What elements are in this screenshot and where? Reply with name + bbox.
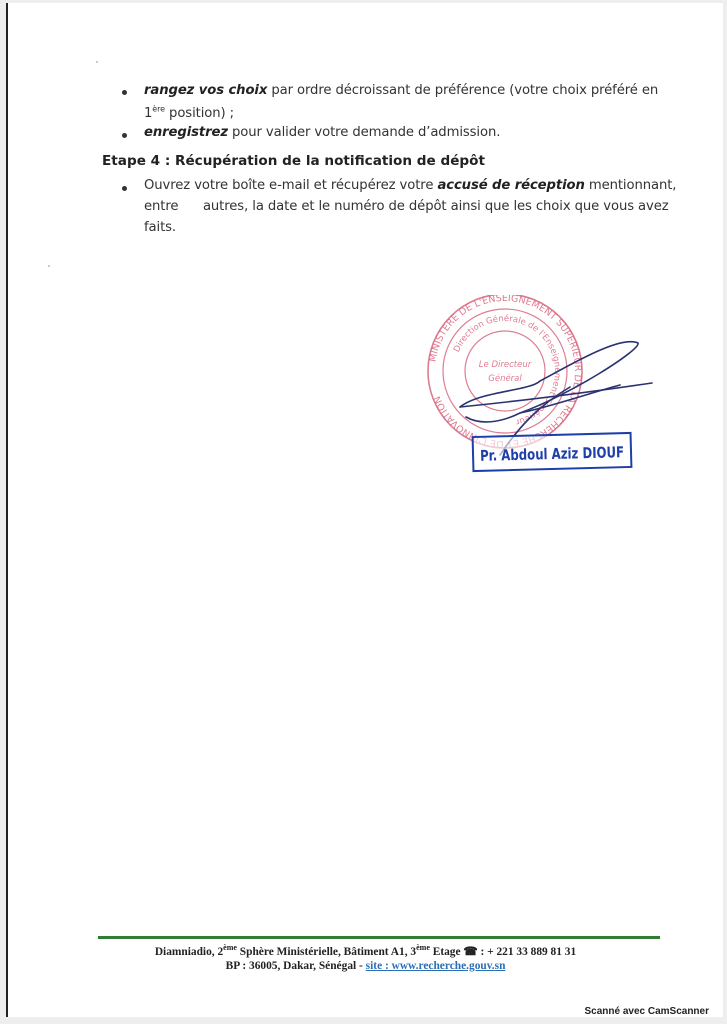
bullet-icon — [122, 90, 127, 95]
scan-speck — [48, 265, 50, 267]
camscanner-watermark: Scanné avec CamScanner — [584, 1006, 709, 1017]
website-link[interactable]: site : www.recherche.gouv.sn — [366, 960, 506, 972]
official-stamp: MINISTERE DE L'ENSEIGNEMENT SUPERIEUR DE… — [420, 295, 670, 495]
svg-text:Général: Général — [488, 373, 522, 384]
footer-address-line1: Diamniadio, 2ème Sphère Ministérielle, B… — [8, 944, 723, 958]
emphasis-text: enregistrez — [144, 125, 228, 140]
scan-speck — [96, 61, 98, 63]
footer-address-line2: BP : 36005, Dakar, Sénégal - site : www.… — [8, 960, 723, 972]
footer-divider — [98, 936, 660, 939]
list-item-line2: entre autres, la date et le numéro de dé… — [144, 199, 669, 214]
section-heading-step4: Etape 4 : Récupération de la notificatio… — [102, 153, 485, 169]
list-item-continuation: 1ère position) ; — [144, 106, 234, 121]
svg-text:Pr. Abdoul Aziz DIOUF: Pr. Abdoul Aziz DIOUF — [480, 443, 624, 465]
list-item-open-email: Ouvrez votre boîte e-mail et récupérez v… — [144, 178, 676, 193]
svg-text:Le Directeur: Le Directeur — [479, 360, 532, 370]
bullet-icon — [122, 133, 127, 138]
stamp-seal-icon: MINISTERE DE L'ENSEIGNEMENT SUPERIEUR DE… — [420, 295, 670, 495]
list-item-save: enregistrez pour valider votre demande d… — [144, 125, 500, 140]
phone-icon: ☎ — [463, 946, 477, 958]
document-page: rangez vos choix par ordre décroissant d… — [6, 3, 723, 1017]
emphasis-text: accusé de réception — [437, 178, 584, 193]
list-item-line3: faits. — [144, 220, 176, 235]
bullet-icon — [122, 186, 127, 191]
list-item-rank-choices: rangez vos choix par ordre décroissant d… — [144, 83, 658, 98]
emphasis-text: rangez vos choix — [144, 83, 267, 98]
